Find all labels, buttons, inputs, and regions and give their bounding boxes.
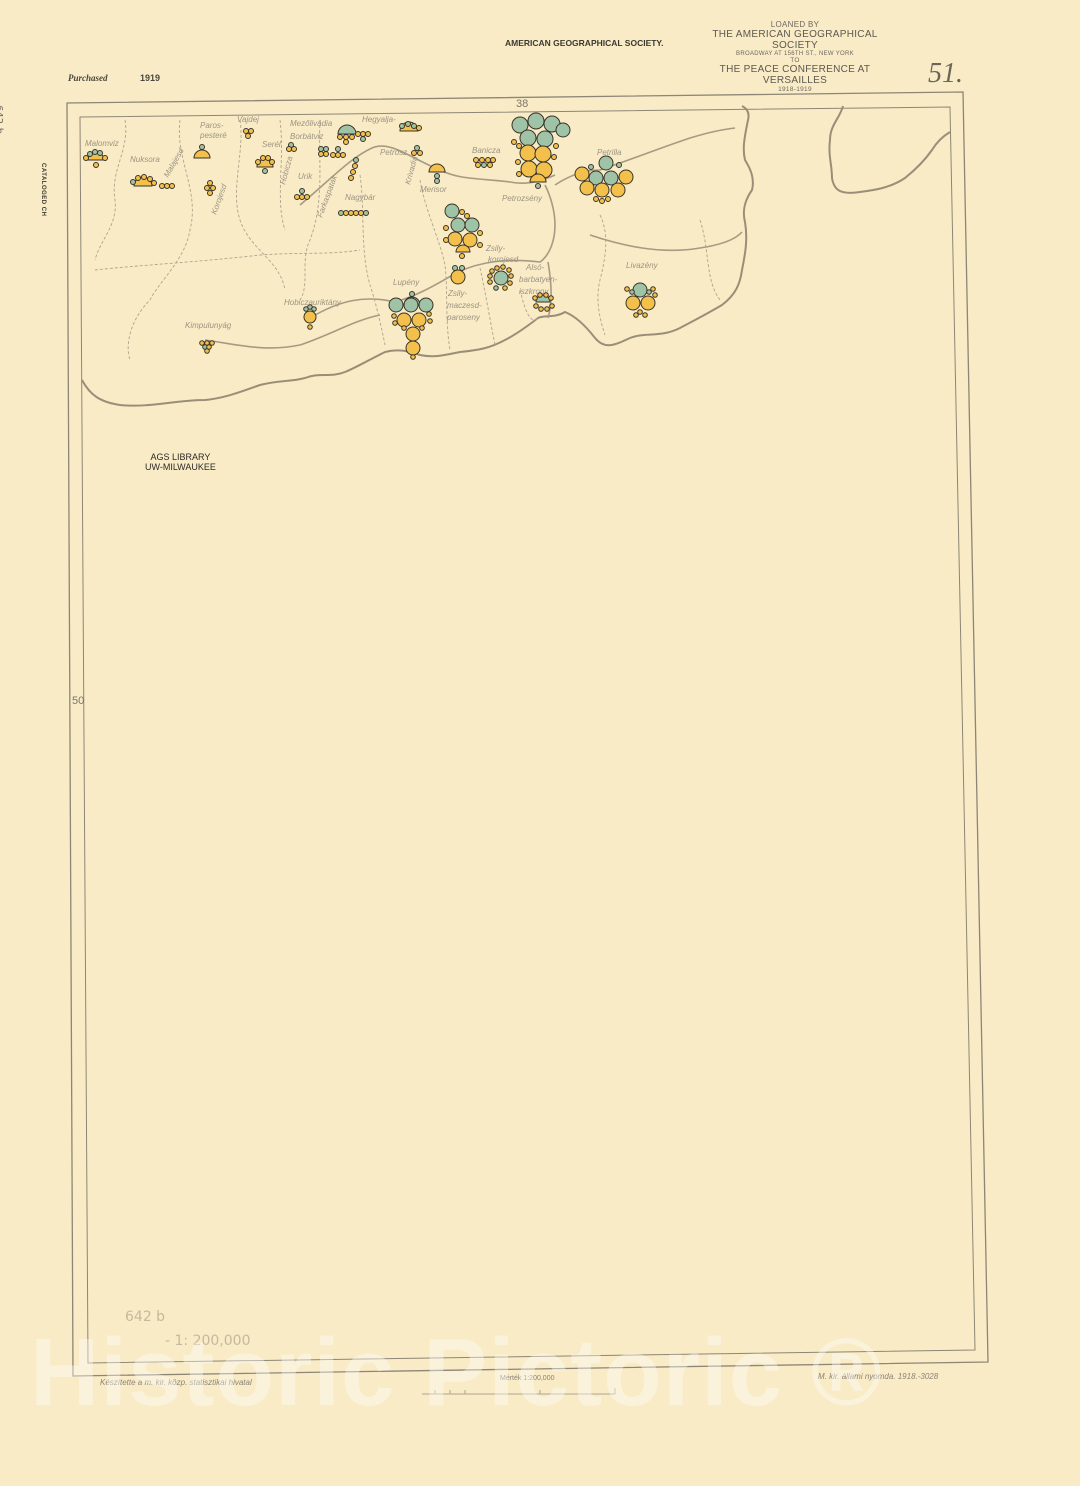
place-label: Zsily-: [447, 289, 467, 298]
place-label: Banicza: [472, 146, 501, 155]
place-label: Nagybár: [345, 193, 376, 202]
symbol-cluster-petrozseny: [512, 113, 571, 189]
place-label: Livazény: [626, 261, 659, 270]
place-label: Nuksora: [130, 155, 160, 164]
place-label: Borbátviz: [290, 132, 323, 141]
symbol-cluster-hegyalja: [338, 125, 371, 145]
place-label: Petrosz: [380, 148, 407, 157]
symbol-cluster-upper-mid: [400, 122, 422, 132]
place-label: Paros-: [200, 121, 224, 130]
grid-label-left: 50: [72, 695, 84, 707]
symbol-cluster-banicza: [474, 158, 496, 168]
symbol-cluster-hobicza: [304, 305, 317, 330]
place-label: Vajdej: [237, 115, 259, 124]
place-label: paroseny: [446, 313, 481, 322]
place-label: Malomviz: [85, 139, 119, 148]
symbol-cluster-vulkan: [444, 204, 483, 259]
symbol-cluster-parospestere: [194, 145, 210, 159]
symbol-cluster-livazeny: [625, 283, 658, 317]
place-label: Hobiczauriktány: [284, 298, 342, 307]
symbol-cluster-zsily: [451, 266, 465, 285]
place-label: maczesd-: [447, 301, 482, 310]
place-label: barbatyen-: [519, 275, 558, 284]
symbol-cluster-borbatviz: [287, 143, 297, 152]
symbol-cluster-urik: [295, 189, 310, 200]
symbol-cluster-lupeny: [389, 292, 433, 360]
grid-label-top: 38: [516, 98, 528, 110]
population-symbols: [84, 113, 658, 359]
place-label: Zsily-: [485, 244, 505, 253]
place-label: Urik: [298, 172, 313, 181]
symbol-cluster-malomviz: [84, 150, 108, 168]
map-canvas: Malomviz Nuksora Malajesd Paros- pesteré…: [0, 0, 1080, 1486]
place-label: korojesd: [488, 255, 519, 264]
place-label: pesteré: [199, 131, 227, 140]
symbol-cluster-kimpulunyag: [200, 341, 215, 354]
library-stamp: AGS LIBRARY UW-MILWAUKEE: [145, 452, 216, 472]
symbol-cluster-vajdej: [244, 129, 254, 139]
place-label: Merisor: [420, 185, 447, 194]
place-label: Hegyalja-: [362, 115, 396, 124]
place-label: Petrilla: [597, 148, 622, 157]
symbol-cluster-zsilykorojesd: [488, 265, 514, 291]
symbol-cluster-petrosz: [412, 146, 423, 156]
outer-map-frame: [67, 92, 988, 1376]
place-label: Krivadia: [403, 155, 419, 186]
symbol-cluster-merisor: [429, 164, 445, 184]
place-label: Mezőlivádia: [290, 119, 333, 128]
symbol-cluster-serel: [256, 156, 275, 174]
symbol-cluster-korojesd: [205, 181, 216, 196]
place-label: Petrozsény: [502, 194, 543, 203]
watermark: Historic Pictoric ®: [30, 1318, 883, 1428]
library-stamp-line: AGS LIBRARY: [145, 452, 216, 462]
symbol-cluster-nagybar: [339, 211, 369, 216]
place-label: Lupény: [393, 278, 420, 287]
symbol-cluster-mezolivadia: [319, 147, 346, 158]
symbol-cluster-petrilla: [575, 156, 633, 204]
place-label: Serél: [262, 140, 281, 149]
place-label: Kimpulunyág: [185, 321, 232, 330]
library-stamp-line: UW-MILWAUKEE: [145, 462, 216, 472]
place-label: Alsó-: [525, 263, 545, 272]
place-label: Malajesd: [162, 146, 186, 179]
